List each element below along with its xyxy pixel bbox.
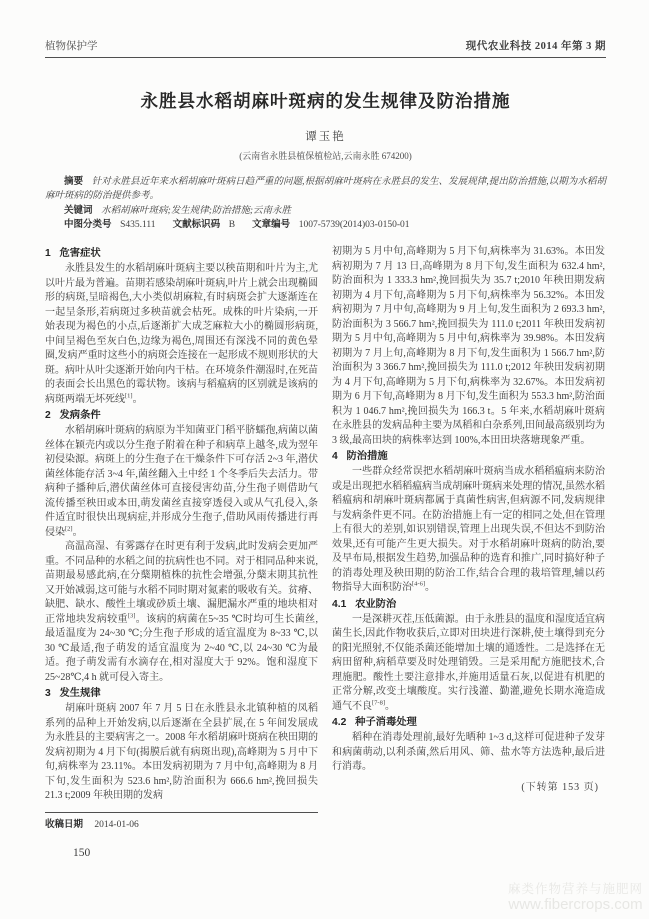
section-number: 2 [45,410,51,421]
received-label: 收稿日期 [45,819,83,830]
abstract-paragraph: 摘要针对永胜县近年来水稻胡麻叶斑病日趋严重的问题,根据胡麻叶斑病在永胜县的发生、… [45,175,606,204]
reference-mark: [7-8] [372,699,385,706]
body-columns: 1危害症状永胜县发生的水稻胡麻叶斑病主要以秧苗期和叶片为主,尤以叶片最为普遍。苗… [45,245,606,861]
journal-page: 植物保护学 现代农业科技 2014 年第 3 期 永胜县水稻胡麻叶斑病的发生规律… [0,0,649,919]
section-number: 3 [45,688,51,699]
section-title: 发生规律 [59,688,100,699]
clc-value: S435.111 [120,220,155,230]
clc-label: 中图分类号 [64,219,112,230]
page-content: 植物保护学 现代农业科技 2014 年第 3 期 永胜县水稻胡麻叶斑病的发生规律… [45,38,606,861]
section-heading: 1危害症状 [45,246,318,261]
body-paragraph: 初期为 5 月中旬,高峰期为 5 月下旬,病株率为 31.63%。本田发病初期为… [332,245,605,448]
journal-issue-label: 现代农业科技 2014 年第 3 期 [466,38,606,53]
section-heading: 4.2种子消毒处理 [332,715,605,730]
abstract-text: 针对永胜县近年来水稻胡麻叶斑病日趋严重的问题,根据胡麻叶斑病在永胜县的发生、发展… [45,177,606,201]
section-heading: 4.1农业防治 [332,597,605,612]
keywords-line: 关键词水稻胡麻叶斑病;发生规律;防治措施;云南永胜 [45,204,606,219]
watermark-url: www.fibercrops.com [508,897,643,914]
watermark: 麻类作物营养与施肥网 www.fibercrops.com [508,883,643,913]
reference-mark: [3] [128,612,136,619]
section-title: 防治措施 [346,451,387,462]
body-paragraph: 一是深耕灭茬,压低菌源。由于永胜县的温度和湿度适宜病菌生长,因此作物收获后,立即… [332,613,605,715]
doc-code-label: 文献标识码 [173,219,221,230]
section-title: 危害症状 [59,248,100,259]
body-paragraph: 一些群众经常误把水稻胡麻叶斑病当成水稻稻瘟病来防治或是出现把水稻稻瘟病当成胡麻叶… [332,465,605,596]
reference-mark: [4-6] [412,581,425,588]
running-head: 植物保护学 现代农业科技 2014 年第 3 期 [45,38,606,58]
body-paragraph: 稻种在消毒处理前,最好先晒种 1~3 d,这样可促进种子发芽和病菌萌动,以利杀菌… [332,731,605,775]
article-title: 永胜县水稻胡麻叶斑病的发生规律及防治措施 [45,88,606,113]
body-paragraph: 高温高湿、有雾露存在时更有利于发病,此时发病会更加严重。不同品种的水稻之间的抗病… [45,540,318,685]
body-left-column: 1危害症状永胜县发生的水稻胡麻叶斑病主要以秧苗期和叶片为主,尤以叶片最为普遍。苗… [45,245,318,861]
body-right-column: 初期为 5 月中旬,高峰期为 5 月下旬,病株率为 31.63%。本田发病初期为… [332,245,605,861]
section-heading: 3发生规律 [45,686,318,701]
journal-column-label: 植物保护学 [45,38,98,53]
article-no-label: 文章编号 [252,219,290,230]
body-paragraph: 胡麻叶斑病 2007 年 7 月 5 日在永胜县永北镇种植的凤稻系列的品种上开始… [45,702,318,804]
doc-code-value: B [229,220,235,230]
section-title: 种子消毒处理 [355,717,417,728]
keywords-label: 关键词 [64,205,93,216]
section-title: 发病条件 [59,410,100,421]
reference-mark: [2] [65,525,73,532]
section-number: 1 [45,248,51,259]
page-number: 150 [73,846,318,861]
section-title: 农业防治 [355,599,396,610]
author-name: 谭玉艳 [45,128,606,144]
section-number: 4.2 [332,717,346,728]
section-number: 4 [332,451,338,462]
received-date: 2014-01-06 [94,820,138,830]
body-paragraph: 永胜县发生的水稻胡麻叶斑病主要以秧苗期和叶片为主,尤以叶片最为普遍。苗期若感染胡… [45,262,318,407]
classification-line: 中图分类号S435.111文献标识码B文章编号1007-5739(2014)03… [45,218,606,233]
body-paragraph: 水稻胡麻叶斑病的病原为半知菌亚门稻平脐蠕孢,病菌以菌丝体在颖壳内或以分生孢子附着… [45,424,318,540]
front-matter: 摘要针对永胜县近年来水稻胡麻叶斑病日趋严重的问题,根据胡麻叶斑病在永胜县的发生、… [45,175,606,233]
section-heading: 4防治措施 [332,449,605,464]
received-date-line: 收稿日期2014-01-06 [45,812,318,833]
continued-on-note: (下转第 153 页) [332,781,605,796]
keywords-text: 水稻胡麻叶斑病;发生规律;防治措施;云南永胜 [101,206,291,216]
section-number: 4.1 [332,599,346,610]
section-heading: 2发病条件 [45,408,318,423]
abstract-label: 摘要 [64,176,83,187]
author-affiliation: (云南省永胜县植保植检站,云南永胜 674200) [45,149,606,162]
article-no-value: 1007-5739(2014)03-0150-01 [299,220,410,230]
reference-mark: [1] [125,392,133,399]
watermark-site-name: 麻类作物营养与施肥网 [508,883,643,897]
